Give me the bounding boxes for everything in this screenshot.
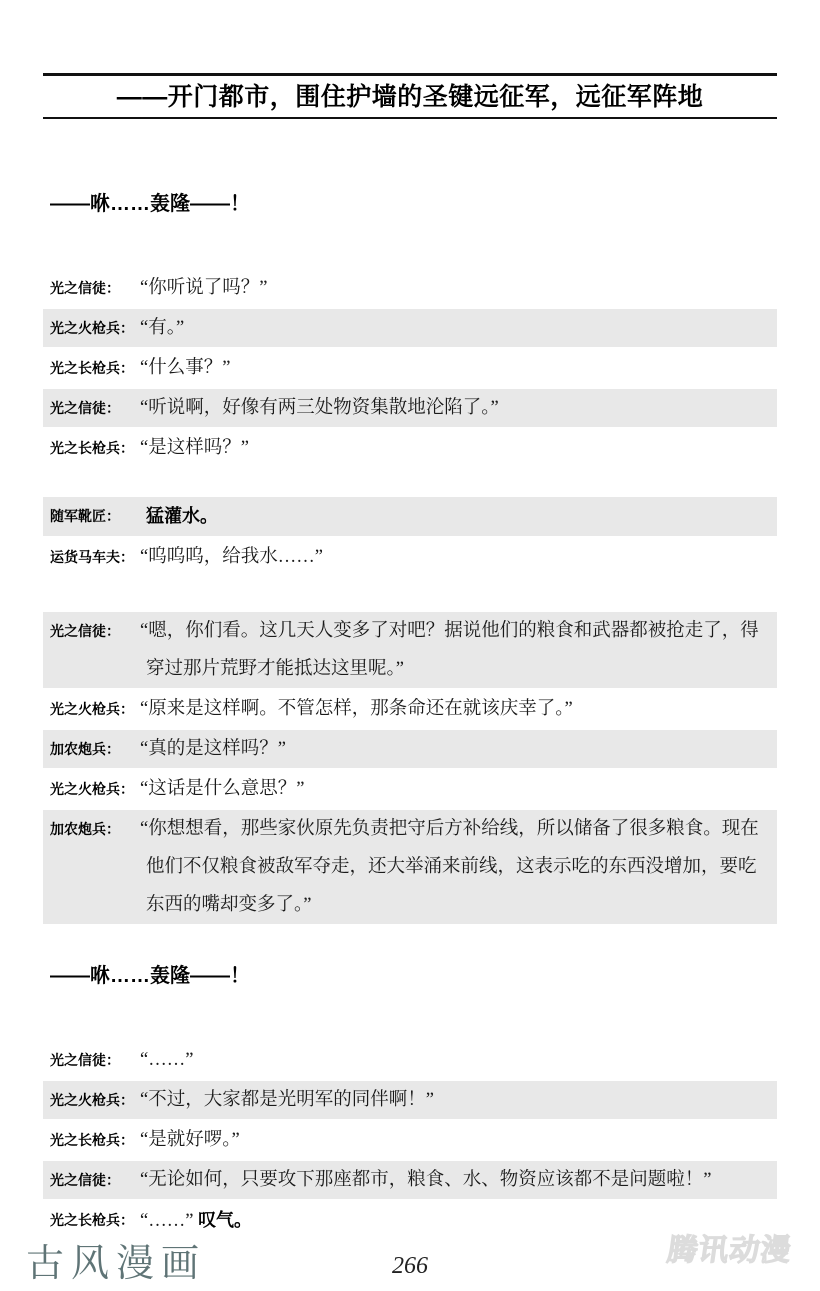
dialogue-text: “什么事？” <box>140 358 230 378</box>
dialogue-line: “你听说了吗？” <box>140 269 767 307</box>
chapter-heading: ——开门都市，围住护墙的圣键远征军，远征军阵地 <box>43 83 777 111</box>
dialogue-text: “不过，大家都是光明军的同伴啊！” <box>140 1090 434 1110</box>
dialogue-group: 光之信徒： “嗯，你们看。这几天人变多了对吧？据说他们的粮食和武器都被抢走了，得… <box>43 612 777 924</box>
dialogue-line: “呜呜呜，给我水……” <box>140 538 767 576</box>
sound-effect-line: ——咻……轰隆——！ <box>43 185 777 223</box>
page-content: ——开门都市，围住护墙的圣键远征军，远征军阵地 ——咻……轰隆——！ 光之信徒：… <box>43 73 777 1240</box>
dialogue-row: 运货马车夫： “呜呜呜，给我水……” <box>43 538 777 576</box>
dialogue-line: “是就好啰。” <box>140 1121 767 1159</box>
action-text: 叹气。 <box>198 1210 252 1230</box>
speaker-label: 光之火枪兵： <box>50 770 140 808</box>
dialogue-row: 随军靴匠： 猛灌水。 <box>43 497 777 536</box>
action-text: 猛灌水。 <box>146 506 218 526</box>
speaker-label: 光之信徒： <box>50 1161 140 1199</box>
dialogue-line: 猛灌水。 <box>140 497 767 536</box>
dialogue-row: 光之信徒： “无论如何，只要攻下那座都市，粮食、水、物资应该都不是问题啦！” <box>43 1161 777 1199</box>
dialogue-line: “听说啊，好像有两三处物资集散地沦陷了。” <box>140 389 767 427</box>
dialogue-line: “不过，大家都是光明军的同伴啊！” <box>140 1081 767 1119</box>
chapter-heading-block: ——开门都市，围住护墙的圣键远征军，远征军阵地 <box>43 73 777 119</box>
dialogue-text: “听说啊，好像有两三处物资集散地沦陷了。” <box>140 398 499 418</box>
dialogue-line: “你想想看，那些家伙原先负责把守后方补给线，所以储备了很多粮食。现在他们不仅粮食… <box>140 810 767 924</box>
dialogue-row: 光之长枪兵： “是这样吗？” <box>43 429 777 467</box>
speaker-label: 运货马车夫： <box>50 538 140 576</box>
sound-effect-line: ——咻……轰隆——！ <box>43 957 777 995</box>
dialogue-row: 光之火枪兵： “有。” <box>43 309 777 347</box>
speaker-label: 光之长枪兵： <box>50 1121 140 1159</box>
speaker-label: 光之信徒： <box>50 389 140 427</box>
dialogue-line: “无论如何，只要攻下那座都市，粮食、水、物资应该都不是问题啦！” <box>140 1161 767 1199</box>
speaker-label: 光之信徒： <box>50 612 140 650</box>
speaker-label: 随军靴匠： <box>50 497 140 535</box>
dialogue-line: “嗯，你们看。这几天人变多了对吧？据说他们的粮食和武器都被抢走了，得穿过那片荒野… <box>140 612 767 688</box>
dialogue-text: “有。” <box>140 318 184 338</box>
dialogue-text: “无论如何，只要攻下那座都市，粮食、水、物资应该都不是问题啦！” <box>140 1170 711 1190</box>
dialogue-row: 光之火枪兵： “原来是这样啊。不管怎样，那条命还在就该庆幸了。” <box>43 690 777 728</box>
platform-logo-watermark: 腾讯动漫 <box>665 1225 795 1269</box>
dialogue-line: “这话是什么意思？” <box>140 770 767 808</box>
dialogue-text: “……” <box>140 1211 193 1231</box>
speaker-label: 光之信徒： <box>50 1041 140 1079</box>
dialogue-line: “原来是这样啊。不管怎样，那条命还在就该庆幸了。” <box>140 690 767 728</box>
dialogue-text: “是就好啰。” <box>140 1130 240 1150</box>
dialogue-text: “真的是这样吗？” <box>140 739 286 759</box>
dialogue-line: “真的是这样吗？” <box>140 730 767 768</box>
dialogue-row: 光之长枪兵： “是就好啰。” <box>43 1121 777 1159</box>
dialogue-line: “有。” <box>140 309 767 347</box>
dialogue-group: 光之信徒： “你听说了吗？” 光之火枪兵： “有。” 光之长枪兵： “什么事？”… <box>43 269 777 467</box>
dialogue-line: “什么事？” <box>140 349 767 387</box>
dialogue-text: “你听说了吗？” <box>140 278 267 298</box>
dialogue-row: 光之火枪兵： “这话是什么意思？” <box>43 770 777 808</box>
speaker-label: 光之火枪兵： <box>50 309 140 347</box>
dialogue-text: “……” <box>140 1050 193 1070</box>
dialogue-row: 光之信徒： “听说啊，好像有两三处物资集散地沦陷了。” <box>43 389 777 427</box>
speaker-label: 加农炮兵： <box>50 810 140 848</box>
dialogue-text: “嗯，你们看。这几天人变多了对吧？据说他们的粮食和武器都被抢走了，得穿过那片荒野… <box>140 621 759 679</box>
dialogue-line: “……” <box>140 1041 767 1079</box>
dialogue-line: “是这样吗？” <box>140 429 767 467</box>
dialogue-row: 光之长枪兵： “什么事？” <box>43 349 777 387</box>
dialogue-row: 光之信徒： “……” <box>43 1041 777 1079</box>
dialogue-text: “你想想看，那些家伙原先负责把守后方补给线，所以储备了很多粮食。现在他们不仅粮食… <box>140 819 759 915</box>
speaker-label: 光之长枪兵： <box>50 429 140 467</box>
speaker-label: 加农炮兵： <box>50 730 140 768</box>
speaker-label: 光之长枪兵： <box>50 349 140 387</box>
dialogue-row: 加农炮兵： “你想想看，那些家伙原先负责把守后方补给线，所以储备了很多粮食。现在… <box>43 810 777 924</box>
speaker-label: 光之火枪兵： <box>50 1081 140 1119</box>
dialogue-text: “是这样吗？” <box>140 438 249 458</box>
dialogue-group: 随军靴匠： 猛灌水。 运货马车夫： “呜呜呜，给我水……” <box>43 497 777 576</box>
dialogue-text: “这话是什么意思？” <box>140 779 304 799</box>
speaker-label: 光之火枪兵： <box>50 690 140 728</box>
dialogue-row: 光之火枪兵： “不过，大家都是光明军的同伴啊！” <box>43 1081 777 1119</box>
novel-page: { "colors": { "shaded_row_bg": "#e8e8e8"… <box>0 0 820 1291</box>
dialogue-group: 光之信徒： “……” 光之火枪兵： “不过，大家都是光明军的同伴啊！” 光之长枪… <box>43 1041 777 1240</box>
dialogue-row: 光之信徒： “你听说了吗？” <box>43 269 777 307</box>
dialogue-text: “原来是这样啊。不管怎样，那条命还在就该庆幸了。” <box>140 699 573 719</box>
dialogue-row: 加农炮兵： “真的是这样吗？” <box>43 730 777 768</box>
dialogue-row: 光之信徒： “嗯，你们看。这几天人变多了对吧？据说他们的粮食和武器都被抢走了，得… <box>43 612 777 688</box>
speaker-label: 光之信徒： <box>50 269 140 307</box>
dialogue-text: “呜呜呜，给我水……” <box>140 547 323 567</box>
